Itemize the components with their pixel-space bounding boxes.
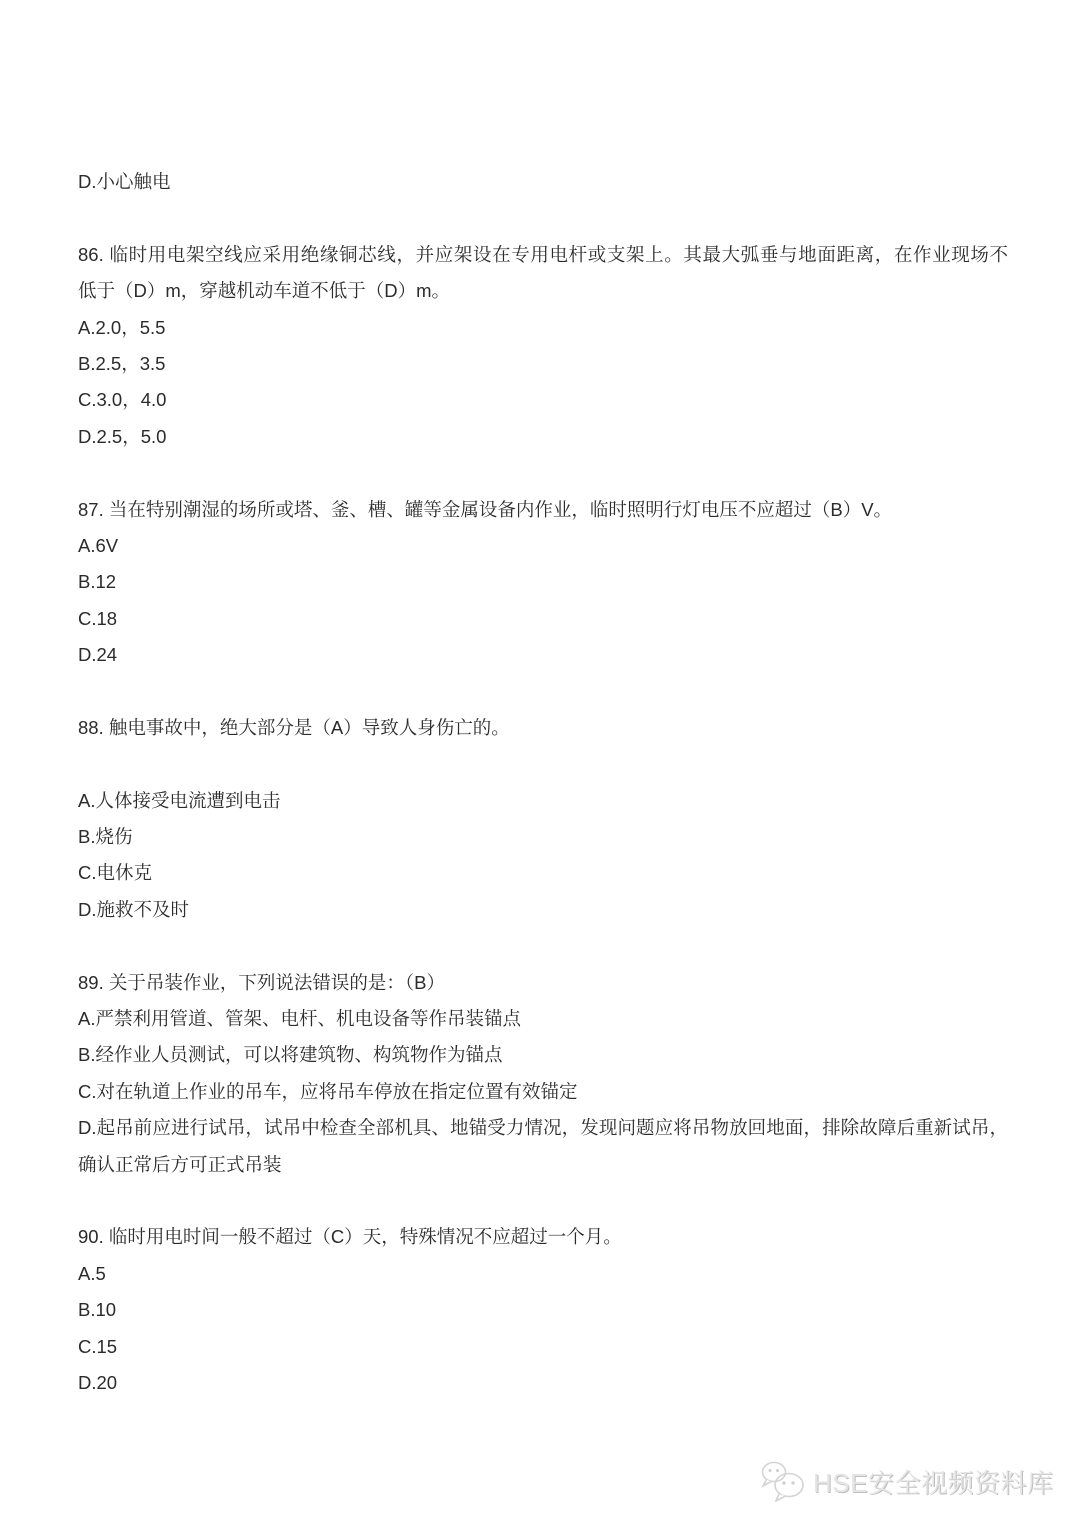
q87-option-a: A.6V — [78, 528, 1008, 564]
q86-text-line-1: 86. 临时用电架空线应采用绝缘铜芯线，并应架设在专用电杆或支架上。其最大弧垂与… — [78, 237, 1008, 273]
watermark-text: HSE安全视频资料库 — [813, 1463, 1053, 1500]
q89-option-a: A.严禁利用管道、管架、电杆、机电设备等作吊装锚点 — [78, 1001, 1008, 1037]
q88-text-line-1: 88. 触电事故中，绝大部分是（A）导致人身伤亡的。 — [78, 710, 1008, 746]
q89-option-b: B.经作业人员测试，可以将建筑物、构筑物作为锚点 — [78, 1037, 1008, 1073]
q86-text-line-2: 低于（D）m，穿越机动车道不低于（D）m。 — [78, 273, 1008, 309]
blank-line — [78, 200, 1008, 236]
q88-option-d: D.施救不及时 — [78, 892, 1008, 928]
q86-option-c: C.3.0，4.0 — [78, 382, 1008, 418]
wechat-icon — [760, 1460, 806, 1502]
q90-option-b: B.10 — [78, 1292, 1008, 1328]
blank-line — [78, 1183, 1008, 1219]
q89-option-c: C.对在轨道上作业的吊车，应将吊车停放在指定位置有效锚定 — [78, 1074, 1008, 1110]
q85-option-d: D.小心触电 — [78, 164, 1008, 200]
q87-text-line-1: 87. 当在特别潮湿的场所或塔、釜、槽、罐等金属设备内作业，临时照明行灯电压不应… — [78, 492, 1008, 528]
question-list: D.小心触电 86. 临时用电架空线应采用绝缘铜芯线，并应架设在专用电杆或支架上… — [78, 164, 1008, 1401]
q87-option-b: B.12 — [78, 564, 1008, 600]
q90-option-d: D.20 — [78, 1365, 1008, 1401]
q89-option-d-line-1: D.起吊前应进行试吊，试吊中检查全部机具、地锚受力情况，发现问题应将吊物放回地面… — [78, 1110, 1008, 1146]
blank-line — [78, 673, 1008, 709]
q90-option-a: A.5 — [78, 1256, 1008, 1292]
q89-option-d-line-2: 确认正常后方可正式吊装 — [78, 1147, 1008, 1183]
q90-text-line-1: 90. 临时用电时间一般不超过（C）天，特殊情况不应超过一个月。 — [78, 1219, 1008, 1255]
q88-option-a: A.人体接受电流遭到电击 — [78, 783, 1008, 819]
q86-option-d: D.2.5，5.0 — [78, 419, 1008, 455]
q89-text-line-1: 89. 关于吊装作业，下列说法错误的是：（B） — [78, 965, 1008, 1001]
q90-option-c: C.15 — [78, 1329, 1008, 1365]
q87-option-d: D.24 — [78, 637, 1008, 673]
q87-option-c: C.18 — [78, 601, 1008, 637]
q88-option-c: C.电休克 — [78, 855, 1008, 891]
blank-line — [78, 455, 1008, 491]
blank-line — [78, 928, 1008, 964]
q86-option-b: B.2.5，3.5 — [78, 346, 1008, 382]
q88-option-b: B.烧伤 — [78, 819, 1008, 855]
q86-option-a: A.2.0，5.5 — [78, 310, 1008, 346]
blank-line — [78, 746, 1008, 782]
watermark: HSE安全视频资料库 — [760, 1458, 1053, 1504]
